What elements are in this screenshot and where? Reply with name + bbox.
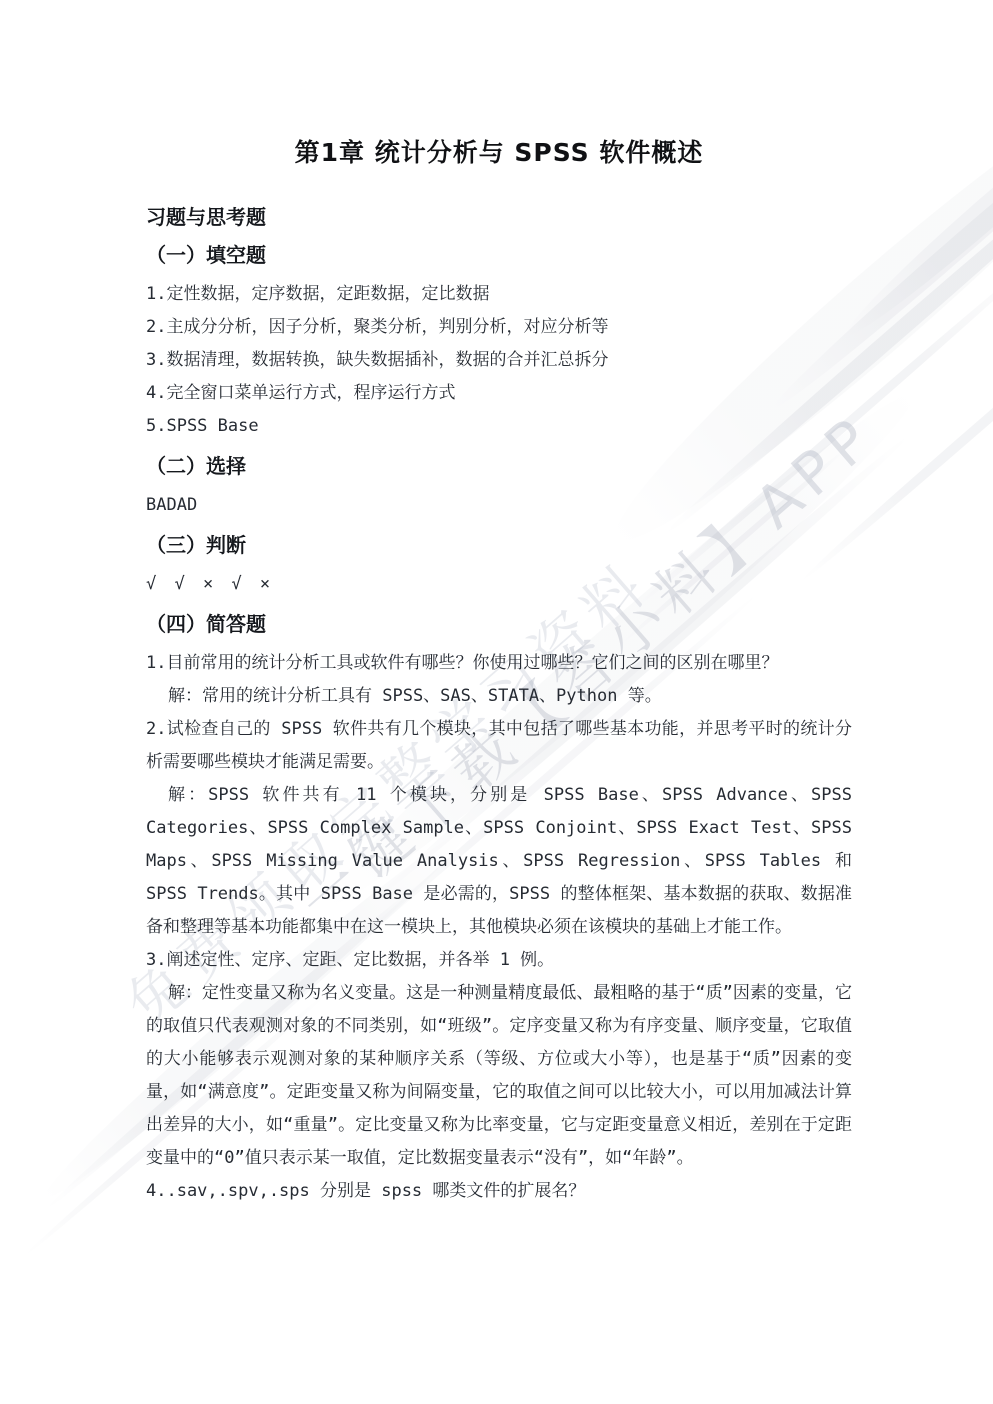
choice-answers: BADAD bbox=[146, 489, 852, 522]
subsection-heading-short-answer: （四）简答题 bbox=[146, 609, 852, 639]
subsection-heading-judgment: （三）判断 bbox=[146, 530, 852, 560]
short-answer-question-3: 3.阐述定性、定序、定距、定比数据，并各举 1 例。 bbox=[146, 944, 852, 977]
judgment-answers: √ √ × √ × bbox=[146, 568, 852, 601]
short-answer-answer-2: 解：SPSS 软件共有 11 个模块，分别是 SPSS Base、SPSS Ad… bbox=[146, 779, 852, 944]
subsection-heading-fill-blanks: （一）填空题 bbox=[146, 240, 852, 270]
document-page: 免费领取完整学习资料 一键下载【答小料】APP 第1章 统计分析与 SPSS 软… bbox=[0, 0, 993, 1404]
document-content: 第1章 统计分析与 SPSS 软件概述 习题与思考题 （一）填空题 1.定性数据… bbox=[146, 0, 852, 1208]
fill-blank-answer-5: 5.SPSS Base bbox=[146, 410, 852, 443]
fill-blank-answer-4: 4.完全窗口菜单运行方式，程序运行方式 bbox=[146, 377, 852, 410]
short-answer-question-1: 1.目前常用的统计分析工具或软件有哪些？你使用过哪些？它们之间的区别在哪里？ bbox=[146, 647, 852, 680]
short-answer-question-2: 2.试检查自己的 SPSS 软件共有几个模块，其中包括了哪些基本功能，并思考平时… bbox=[146, 713, 852, 779]
fill-blank-answer-1: 1.定性数据，定序数据，定距数据，定比数据 bbox=[146, 278, 852, 311]
short-answer-answer-1: 解：常用的统计分析工具有 SPSS、SAS、STATA、Python 等。 bbox=[146, 680, 852, 713]
background-streak bbox=[837, 74, 993, 346]
fill-blank-answer-3: 3.数据清理，数据转换，缺失数据插补，数据的合并汇总拆分 bbox=[146, 344, 852, 377]
short-answer-question-4: 4..sav,.spv,.sps 分别是 spss 哪类文件的扩展名？ bbox=[146, 1175, 852, 1208]
fill-blank-answer-2: 2.主成分分析，因子分析，聚类分析，判别分析，对应分析等 bbox=[146, 311, 852, 344]
chapter-title: 第1章 统计分析与 SPSS 软件概述 bbox=[146, 136, 852, 170]
subsection-heading-choice: （二）选择 bbox=[146, 451, 852, 481]
short-answer-answer-3: 解：定性变量又称为名义变量。这是一种测量精度最低、最粗略的基于“质”因素的变量，… bbox=[146, 977, 852, 1175]
section-heading-exercises: 习题与思考题 bbox=[146, 202, 852, 232]
